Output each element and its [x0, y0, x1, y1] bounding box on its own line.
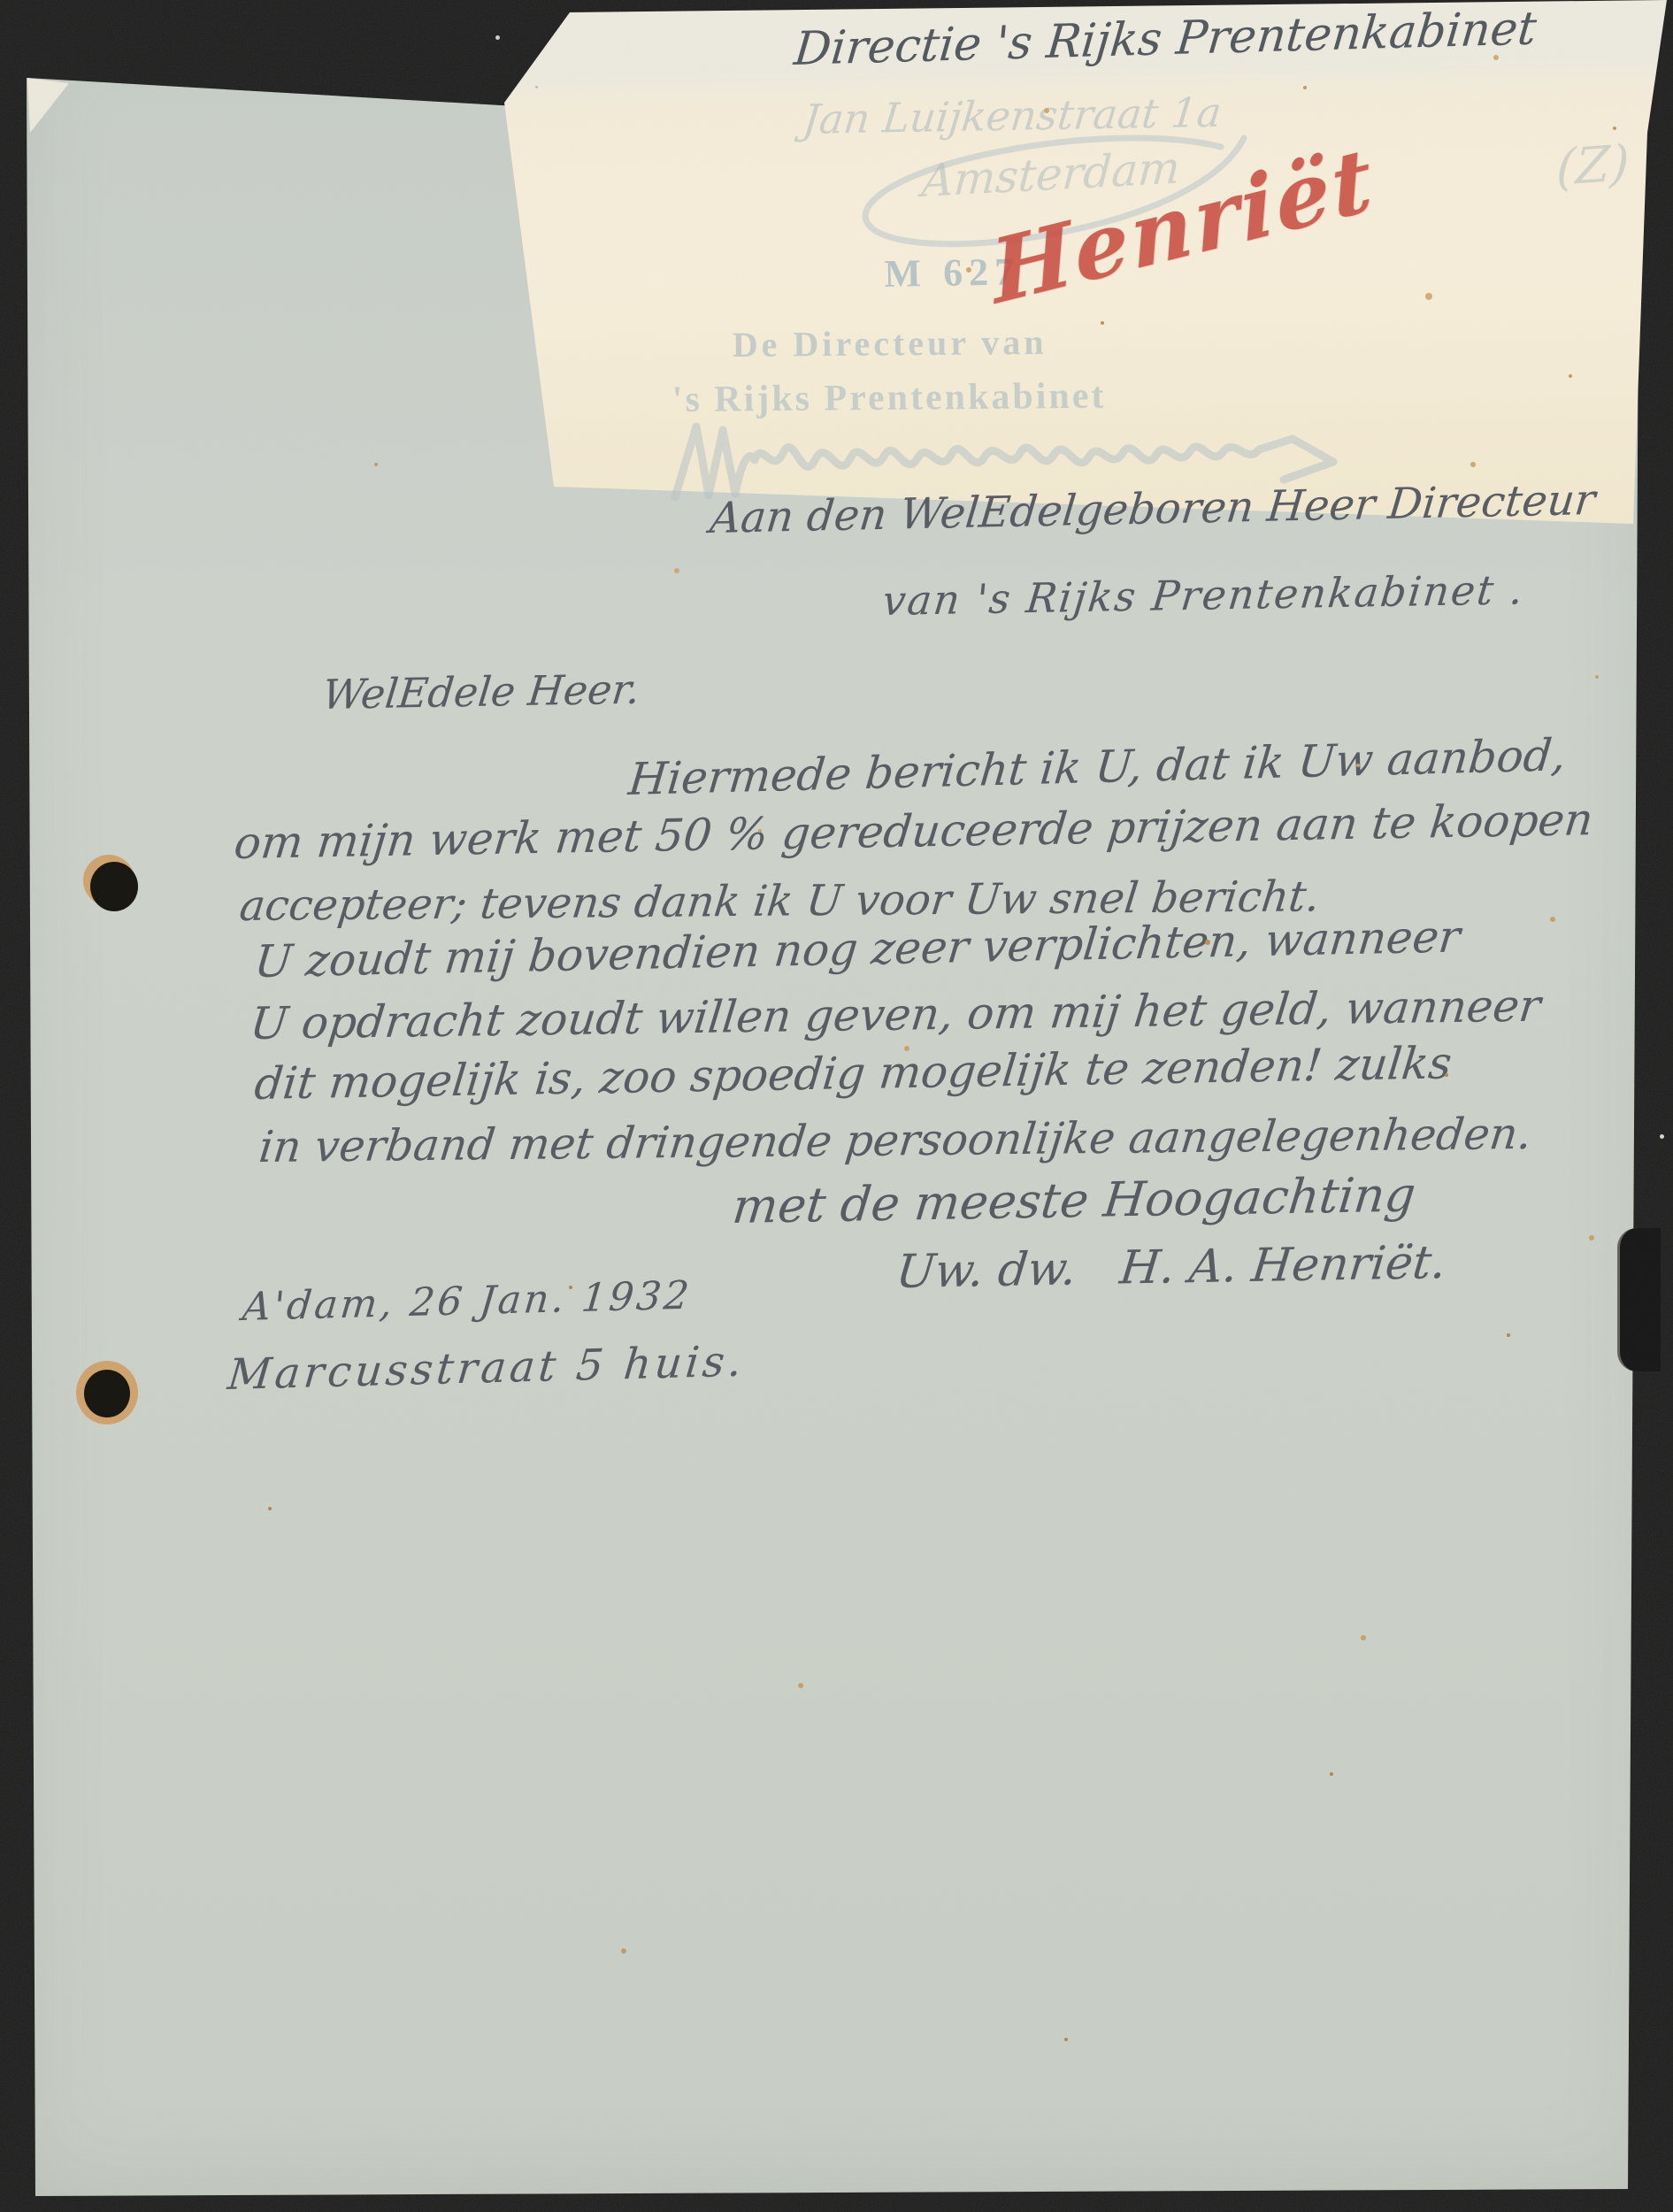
punch-hole-bottom	[76, 1361, 140, 1426]
ghost-street-line: Jan Luijkenstraat 1a	[801, 88, 1224, 143]
edge-notch	[1617, 1228, 1661, 1371]
ghost-zone-label: (Z)	[1555, 134, 1631, 197]
director-stamp-line1: De Directeur van	[733, 321, 1048, 365]
punch-hole-opening	[90, 862, 138, 911]
director-stamp-line2: 's Rijks Prentenkabinet	[672, 375, 1107, 421]
letter-scan: Directie 's Rijks Prentenkabinet Jan Lui…	[0, 0, 1673, 2212]
foxing-specks	[0, 0, 5, 5]
punch-hole-opening	[84, 1370, 130, 1417]
punch-hole-top	[83, 855, 142, 913]
signature-line: Uw. dw. H. A. Henriët.	[894, 1236, 1449, 1299]
salutation-line: WelEdele Heer.	[320, 665, 642, 718]
dust-specks	[0, 0, 4, 4]
